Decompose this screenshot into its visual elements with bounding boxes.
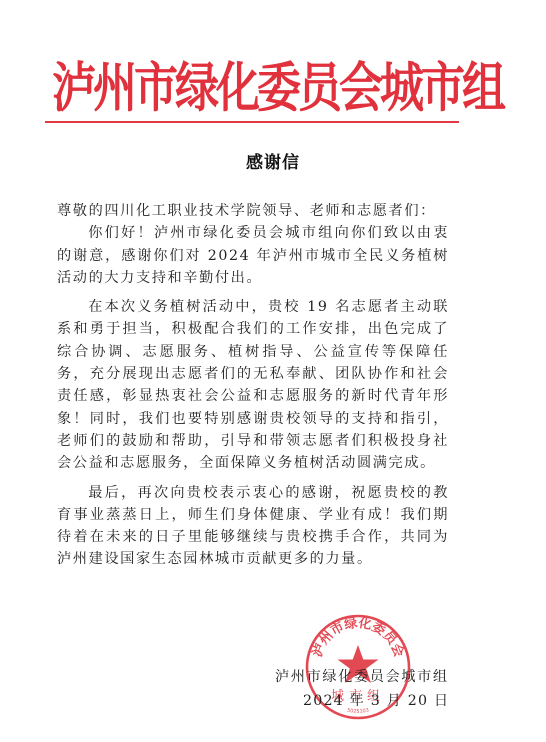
- paragraph-closing: 最后，再次向贵校表示衷心的感谢，祝愿贵校的教育事业蒸蒸日上，师生们身体健康、学业…: [57, 482, 449, 571]
- document-title: 感谢信: [0, 148, 546, 173]
- paragraph-greeting: 你们好！泸州市绿化委员会城市组向你们致以由衷的谢意，感谢你们对 2024 年泸州…: [57, 222, 449, 289]
- letterhead-organization: 泸州市绿化委员会城市组: [52, 50, 462, 128]
- paragraph-activity: 在本次义务植树活动中，贵校 19 名志愿者主动联系和勇于担当，积极配合我们的工作…: [57, 296, 449, 474]
- letter-body: 尊敬的四川化工职业技术学院领导、老师和志愿者们： 你们好！泸州市绿化委员会城市组…: [57, 200, 449, 571]
- salutation: 尊敬的四川化工职业技术学院领导、老师和志愿者们：: [57, 200, 449, 222]
- signature-date: 2024 年 3 月 20 日: [303, 690, 449, 710]
- letterhead-divider: [45, 121, 459, 123]
- signature-organization: 泸州市绿化委员会城市组: [275, 666, 449, 686]
